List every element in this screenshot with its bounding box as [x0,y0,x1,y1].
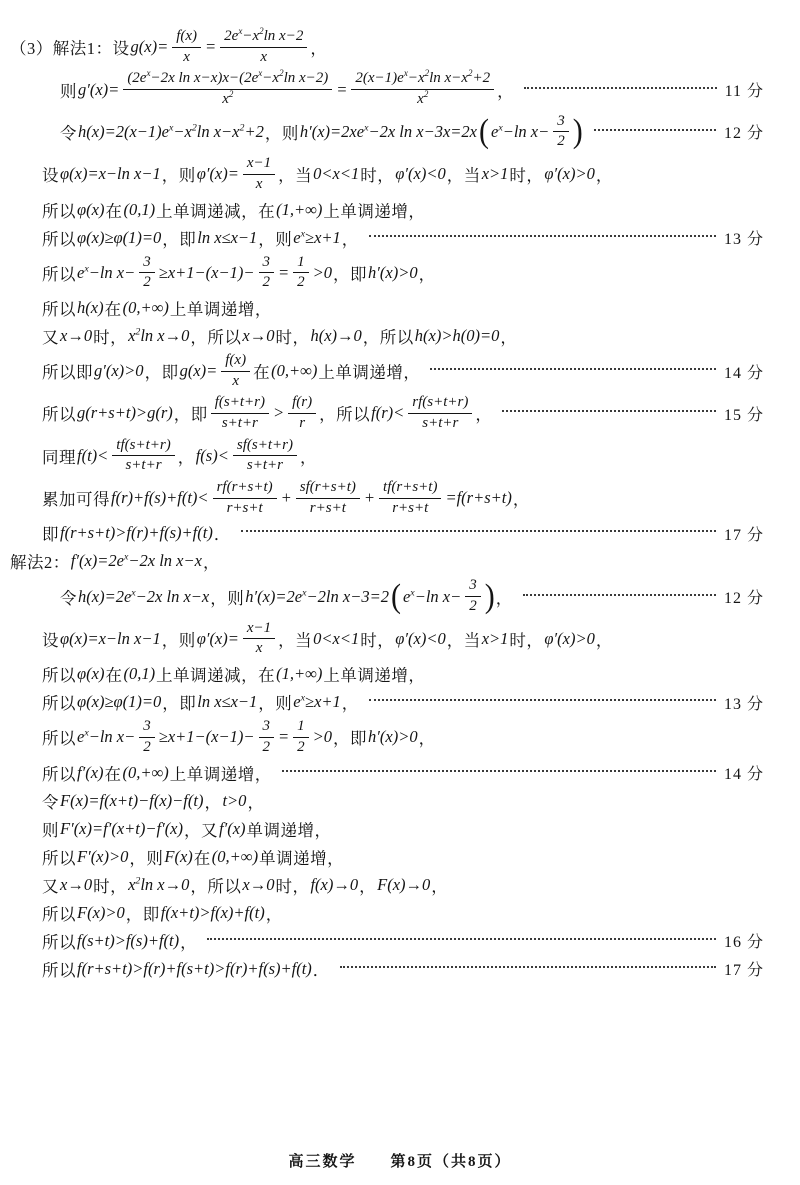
math-run: h′(x)=2xex−2x ln x−3x=2x [300,122,477,142]
fraction-denominator: r+s+t [388,499,432,518]
fraction-denominator: r [295,414,309,433]
text-run: 所以 [42,296,76,320]
text-run: ， [342,690,359,714]
fraction: 2ex−x2ln x−2x [220,28,307,66]
text-run: （3）解法1：设 [10,35,130,59]
math-run: φ(x) [77,200,104,220]
text-run: 所以 [42,662,76,686]
dotted-leader [502,410,716,412]
text-run: ，又 [184,817,218,841]
big-paren: ( [479,118,489,147]
document-line: 所以ex−ln x−32≥x+1−(x−1)−32=12>0，即h′(x)>0， [8,716,792,758]
document-line: 所以φ(x)在(0,1)上单调递减，在(1,+∞)上单调递增， [8,660,792,688]
math-run: h′(x)=2ex−2ln x−3=2 [245,587,389,607]
fraction-numerator: 2(x−1)ex−x2ln x−x2+2 [351,70,494,90]
text-run: ，即 [145,359,179,383]
math-run: = [336,80,347,100]
text-run: 时， [275,324,309,348]
fraction: rf(s+t+r)s+t+r [408,394,472,432]
dotted-leader [282,770,716,772]
text-run: 则 [60,78,77,102]
math-run: f(t)< [77,446,108,466]
fraction: tf(r+s+t)r+s+t [379,479,441,517]
math-run: f(r)< [371,403,404,423]
fraction: rf(r+s+t)r+s+t [213,479,277,517]
fraction-numerator: 2ex−x2ln x−2 [220,28,307,48]
text-run: ，则 [258,226,292,250]
text-run: ，所以 [190,873,241,897]
text-run: 时， [93,873,127,897]
text-run: 时， [360,162,394,186]
text-run: ，当 [278,627,312,651]
text-run: ， [419,725,436,749]
text-run: 在 [105,198,122,222]
fraction: 12 [293,718,309,756]
document-line: 所以φ(x)≥φ(1)=0，即ln x≤x−1，则ex≥x+1，13 分 [8,688,792,716]
document-line: 又x→0时，x2ln x→0，所以x→0时，h(x)→0，所以h(x)>h(0)… [8,322,792,350]
math-run: h(x)=2ex−2x ln x−x [78,587,209,607]
text-run: ， [497,78,514,102]
text-run: ， [180,929,197,953]
fraction-denominator: 2 [139,738,155,757]
document-line: 所以φ(x)在(0,1)上单调递减，在(1,+∞)上单调递增， [8,196,792,224]
score-label: 12 分 [724,585,764,608]
text-run: 所以 [42,226,76,250]
math-run: x→0 [60,326,92,346]
document-body: （3）解法1：设g(x)=f(x)x=2ex−x2ln x−2x，则g′(x)=… [8,26,792,983]
math-run: ex−ln x− [491,122,549,142]
fraction: 32 [553,113,569,151]
math-run: F(x)>0 [77,903,125,923]
text-run: 上单调递增， [170,296,272,320]
big-paren: ) [485,582,495,611]
math-run: x→0 [242,326,274,346]
document-line: 所以f(r+s+t)>f(r)+f(s+t)>f(r)+f(s)+f(t)．17… [8,955,792,983]
fraction-numerator: 3 [465,577,481,597]
text-run: ， [204,789,221,813]
score-label: 14 分 [724,360,764,383]
math-run: (0,1) [123,200,155,220]
text-run: 所以 [42,261,76,285]
document-line: 所以g(r+s+t)>g(r)，即f(s+t+r)s+t+r>f(r)r，所以f… [8,392,792,434]
fraction-numerator: 3 [139,254,155,274]
math-run: x→0 [242,875,274,895]
fraction-denominator: x [252,639,267,658]
fraction-numerator: x−1 [243,155,275,175]
math-run: φ(x)≥φ(1)=0 [77,692,161,712]
math-run: h(x)>h(0)=0 [415,326,500,346]
big-paren: ( [391,582,401,611]
fraction: x−1x [243,620,275,658]
math-run: F(x)→0 [377,875,430,895]
math-run: g(x)= [180,361,218,381]
document-line: 又x→0时，x2ln x→0，所以x→0时，f(x)→0，F(x)→0， [8,871,792,899]
fraction-numerator: x−1 [243,620,275,640]
fraction-numerator: tf(r+s+t) [379,479,441,499]
fraction: f(x)x [172,28,201,66]
text-run: ， [300,444,317,468]
math-run: >0 [313,727,332,747]
math-run: + [281,488,292,508]
math-run: φ′(x)= [197,164,239,184]
text-run: 解法2： [10,549,70,573]
text-run: ，当 [447,627,481,651]
text-run: ，则 [265,120,299,144]
math-run: h′(x)>0 [368,727,418,747]
math-run: f(r+s+t)>f(r)+f(s+t)>f(r)+f(s)+f(t) [77,959,312,979]
document-line: 所以F′(x)>0，则F(x)在(0,+∞)单调递增， [8,843,792,871]
text-run: ，即 [174,401,208,425]
score-label: 17 分 [724,957,764,980]
text-run: 设 [42,162,59,186]
text-run: 又 [42,324,59,348]
fraction: 2(x−1)ex−x2ln x−x2+2x2 [351,70,494,108]
page-footer: 高三数学 第8页（共8页） [0,1150,800,1171]
text-run: ，则 [210,585,244,609]
text-run: ，则 [162,162,196,186]
fraction: 32 [139,718,155,756]
text-run: 时， [509,627,543,651]
fraction: sf(s+t+r)s+t+r [233,437,297,475]
math-run: φ(x)=x−ln x−1 [60,164,161,184]
text-run: ， [475,401,492,425]
text-run: 在 [105,296,122,320]
document-line: （3）解法1：设g(x)=f(x)x=2ex−x2ln x−2x， [8,26,792,68]
score-label: 13 分 [724,691,764,714]
math-run: x>1 [482,629,509,649]
fraction: sf(r+s+t)r+s+t [296,479,360,517]
text-run: ， [178,444,195,468]
text-run: 上单调递减，在 [156,198,275,222]
fraction-denominator: 2 [139,273,155,292]
text-run: 同理 [42,444,76,468]
math-run: f′(x) [77,763,104,783]
text-run: ， [359,873,376,897]
text-run: ，当 [447,162,481,186]
text-run: 所以 [42,401,76,425]
text-run: 在 [194,845,211,869]
fraction-denominator: x2 [218,90,237,109]
text-run: ， [500,324,517,348]
text-run: 单调递增， [247,817,332,841]
fraction-denominator: s+t+r [418,414,462,433]
fraction-numerator: 3 [259,718,275,738]
text-run: ， [247,789,264,813]
math-run: φ′(x)<0 [395,629,445,649]
math-run: φ(x) [77,664,104,684]
math-run: x→0 [60,875,92,895]
fraction: tf(s+t+r)s+t+r [112,437,174,475]
dotted-leader [369,235,716,237]
score-label: 12 分 [724,120,764,143]
text-run: ． [313,957,330,981]
math-run: (0,1) [123,664,155,684]
math-run: ex−ln x− [77,263,135,283]
fraction-numerator: 3 [259,254,275,274]
math-run: f(s+t)>f(s)+f(t) [77,931,179,951]
math-run: φ′(x)>0 [544,164,594,184]
score-label: 14 分 [724,761,764,784]
document-line: 所以f(s+t)>f(s)+f(t)，16 分 [8,927,792,955]
math-run: (0,+∞) [212,847,258,867]
text-run: ， [419,261,436,285]
math-run: = [278,263,289,283]
document-line: 所以φ(x)≥φ(1)=0，即ln x≤x−1，则ex≥x+1，13 分 [8,224,792,252]
math-run: ex−ln x− [403,587,461,607]
fraction-denominator: r+s+t [306,499,350,518]
document-line: 令h(x)=2(x−1)ex−x2ln x−x2+2，则h′(x)=2xex−2… [8,111,792,153]
text-run: 在 [253,359,270,383]
fraction-numerator: 3 [139,718,155,738]
text-run: 令 [42,789,59,813]
fraction-denominator: x [256,48,271,67]
text-run: 上单调递增， [318,359,420,383]
math-run: F′(x)>0 [77,847,128,867]
text-run: 时， [509,162,543,186]
document-line: 设φ(x)=x−ln x−1，则φ′(x)=x−1x，当0<x<1时，φ′(x)… [8,618,792,660]
fraction-numerator: sf(s+t+r) [233,437,297,457]
fraction: 32 [465,577,481,615]
text-run: ，所以 [319,401,370,425]
math-run: f(r)+f(s)+f(t)< [111,488,209,508]
math-run: f(r+s+t)>f(r)+f(s)+f(t) [60,523,213,543]
fraction-denominator: 2 [293,273,309,292]
math-run: f(s)< [196,446,229,466]
math-run: φ′(x)<0 [395,164,445,184]
text-run: ，则 [258,690,292,714]
math-run: g′(x)>0 [94,361,144,381]
fraction: (2ex−2x ln x−x)x−(2ex−x2ln x−2)x2 [123,70,332,108]
text-run: ， [431,873,448,897]
math-run: h(x)→0 [310,326,361,346]
text-run: 时， [93,324,127,348]
dotted-leader [430,368,716,370]
math-run: φ′(x)>0 [544,629,594,649]
text-run: 在 [105,662,122,686]
fraction-denominator: r+s+t [223,499,267,518]
text-run: ， [266,901,283,925]
math-run: (0,+∞) [271,361,317,381]
text-run: ， [496,585,513,609]
fraction-numerator: rf(r+s+t) [213,479,277,499]
score-label: 13 分 [724,226,764,249]
text-run: ，所以 [363,324,414,348]
text-run: ， [596,162,613,186]
text-run: 所以 [42,901,76,925]
math-run: (0,+∞) [123,763,169,783]
math-run: t>0 [222,791,246,811]
text-run: ， [310,35,327,59]
math-run: ex≥x+1 [293,228,340,248]
text-run: ，所以 [190,324,241,348]
math-run: x>1 [482,164,509,184]
dotted-leader [340,966,716,968]
text-run: 上单调递增， [323,198,425,222]
text-run: ，即 [333,261,367,285]
score-label: 16 分 [724,929,764,952]
score-label: 11 分 [725,78,764,101]
document-line: 令F(x)=f(x+t)−f(x)−f(t)，t>0， [8,787,792,815]
math-run: = [205,37,216,57]
text-run: 所以 [42,198,76,222]
text-run: 又 [42,873,59,897]
math-run: (1,+∞) [276,200,322,220]
fraction: f(s+t+r)s+t+r [211,394,269,432]
text-run: 单调递增， [259,845,344,869]
math-run: + [364,488,375,508]
text-run: 所以 [42,725,76,749]
fraction-numerator: 1 [293,718,309,738]
text-run: ，即 [126,901,160,925]
text-run: 令 [60,120,77,144]
document-line: 所以h(x)在(0,+∞)上单调递增， [8,294,792,322]
fraction: f(r)r [288,394,316,432]
fraction: 32 [259,254,275,292]
dotted-leader [241,530,716,532]
math-run: g′(x)= [78,80,119,100]
text-run: 所以 [42,690,76,714]
text-run: 即 [42,521,59,545]
math-run: ≥x+1−(x−1)− [159,727,255,747]
math-run: ≥x+1−(x−1)− [159,263,255,283]
fraction-numerator: tf(s+t+r) [112,437,174,457]
math-run: F(x)=f(x+t)−f(x)−f(t) [60,791,203,811]
fraction-denominator: x [179,48,194,67]
text-run: ，即 [162,690,196,714]
math-run: ex−ln x− [77,727,135,747]
text-run: 所以 [42,845,76,869]
fraction-denominator: x2 [413,90,432,109]
fraction-denominator: s+t+r [218,414,262,433]
text-run: ，则 [129,845,163,869]
text-run: 所以即 [42,359,93,383]
document-line: 所以f′(x)在(0,+∞)上单调递增，14 分 [8,759,792,787]
fraction: f(x)x [221,352,250,390]
text-run: ， [596,627,613,651]
math-run: h′(x)>0 [368,263,418,283]
fraction-numerator: rf(s+t+r) [408,394,472,414]
text-run: 设 [42,627,59,651]
math-run: φ(x)≥φ(1)=0 [77,228,161,248]
document-line: 则F′(x)=f′(x+t)−f′(x)，又f′(x)单调递增， [8,815,792,843]
text-run: ，则 [162,627,196,651]
math-run: = [278,727,289,747]
math-run: x2ln x→0 [128,326,189,346]
math-run: (1,+∞) [276,664,322,684]
math-run: h(x)=2(x−1)ex−x2ln x−x2+2 [78,122,264,142]
document-line: 同理f(t)<tf(s+t+r)s+t+r，f(s)<sf(s+t+r)s+t+… [8,435,792,477]
text-run: 所以 [42,957,76,981]
fraction-numerator: sf(r+s+t) [296,479,360,499]
text-run: ，当 [278,162,312,186]
math-run: F′(x)=f′(x+t)−f′(x) [60,819,183,839]
fraction-denominator: 2 [293,738,309,757]
math-run: φ′(x)= [197,629,239,649]
fraction-denominator: 2 [465,597,481,616]
text-run: 上单调递增， [170,761,272,785]
document-line: 所以即g′(x)>0，即g(x)=f(x)x在(0,+∞)上单调递增，14 分 [8,350,792,392]
text-run: ，即 [162,226,196,250]
text-run: ， [513,486,530,510]
fraction-numerator: 3 [553,113,569,133]
big-paren: ) [573,118,583,147]
document-line: 累加可得f(r)+f(s)+f(t)<rf(r+s+t)r+s+t+sf(r+s… [8,477,792,519]
fraction-numerator: f(s+t+r) [211,394,269,414]
math-run: ln x≤x−1 [197,228,257,248]
math-run: h(x) [77,298,104,318]
fraction-numerator: f(x) [221,352,250,372]
text-run: 时， [275,873,309,897]
math-run: g(r+s+t)>g(r) [77,403,173,423]
score-label: 15 分 [724,402,764,425]
document-line: 令h(x)=2ex−2x ln x−x，则h′(x)=2ex−2ln x−3=2… [8,575,792,617]
text-run: 上单调递增， [323,662,425,686]
fraction-numerator: f(x) [172,28,201,48]
math-run: φ(x)=x−ln x−1 [60,629,161,649]
fraction-denominator: x [228,372,243,391]
math-run: 0<x<1 [313,629,359,649]
math-run: f′(x)=2ex−2x ln x−x [71,551,202,571]
dotted-leader [524,87,716,89]
fraction: x−1x [243,155,275,193]
fraction-denominator: s+t+r [121,456,165,475]
math-run: g(x)= [131,37,169,57]
math-run: F(x) [164,847,192,867]
fraction-denominator: 2 [259,738,275,757]
document-line: 设φ(x)=x−ln x−1，则φ′(x)=x−1x，当0<x<1时，φ′(x)… [8,153,792,195]
dotted-leader [369,699,716,701]
text-run: 累加可得 [42,486,110,510]
text-run: 时， [360,627,394,651]
fraction: 32 [139,254,155,292]
text-run: ，即 [333,725,367,749]
text-run: 所以 [42,761,76,785]
document-line: 所以F(x)>0，即f(x+t)>f(x)+f(t)， [8,899,792,927]
score-label: 17 分 [724,522,764,545]
document-line: 即f(r+s+t)>f(r)+f(s)+f(t)．17 分 [8,519,792,547]
math-run: ln x≤x−1 [197,692,257,712]
dotted-leader [207,938,716,940]
text-run: 令 [60,585,77,609]
fraction-denominator: 2 [553,132,569,151]
fraction: 32 [259,718,275,756]
text-run: ． [214,521,231,545]
math-run: f(x+t)>f(x)+f(t) [161,903,265,923]
document-line: 所以ex−ln x−32≥x+1−(x−1)−32=12>0，即h′(x)>0， [8,252,792,294]
text-run: ， [342,226,359,250]
fraction-numerator: f(r) [288,394,316,414]
fraction-numerator: (2ex−2x ln x−x)x−(2ex−x2ln x−2) [123,70,332,90]
math-run: ex≥x+1 [293,692,340,712]
math-run: f′(x) [219,819,246,839]
dotted-leader [594,129,716,131]
math-run: f(x)→0 [310,875,358,895]
math-run: 0<x<1 [313,164,359,184]
dotted-leader [523,594,716,596]
document-line: 则g′(x)=(2ex−2x ln x−x)x−(2ex−x2ln x−2)x2… [8,68,792,110]
text-run: 则 [42,817,59,841]
exam-answer-page: （3）解法1：设g(x)=f(x)x=2ex−x2ln x−2x，则g′(x)=… [0,0,800,983]
text-run: 所以 [42,929,76,953]
fraction-numerator: 1 [293,254,309,274]
math-run: >0 [313,263,332,283]
fraction-denominator: s+t+r [243,456,287,475]
fraction: 12 [293,254,309,292]
math-run: > [273,403,284,423]
fraction-denominator: x [252,175,267,194]
text-run: ， [203,549,220,573]
math-run: (0,+∞) [123,298,169,318]
